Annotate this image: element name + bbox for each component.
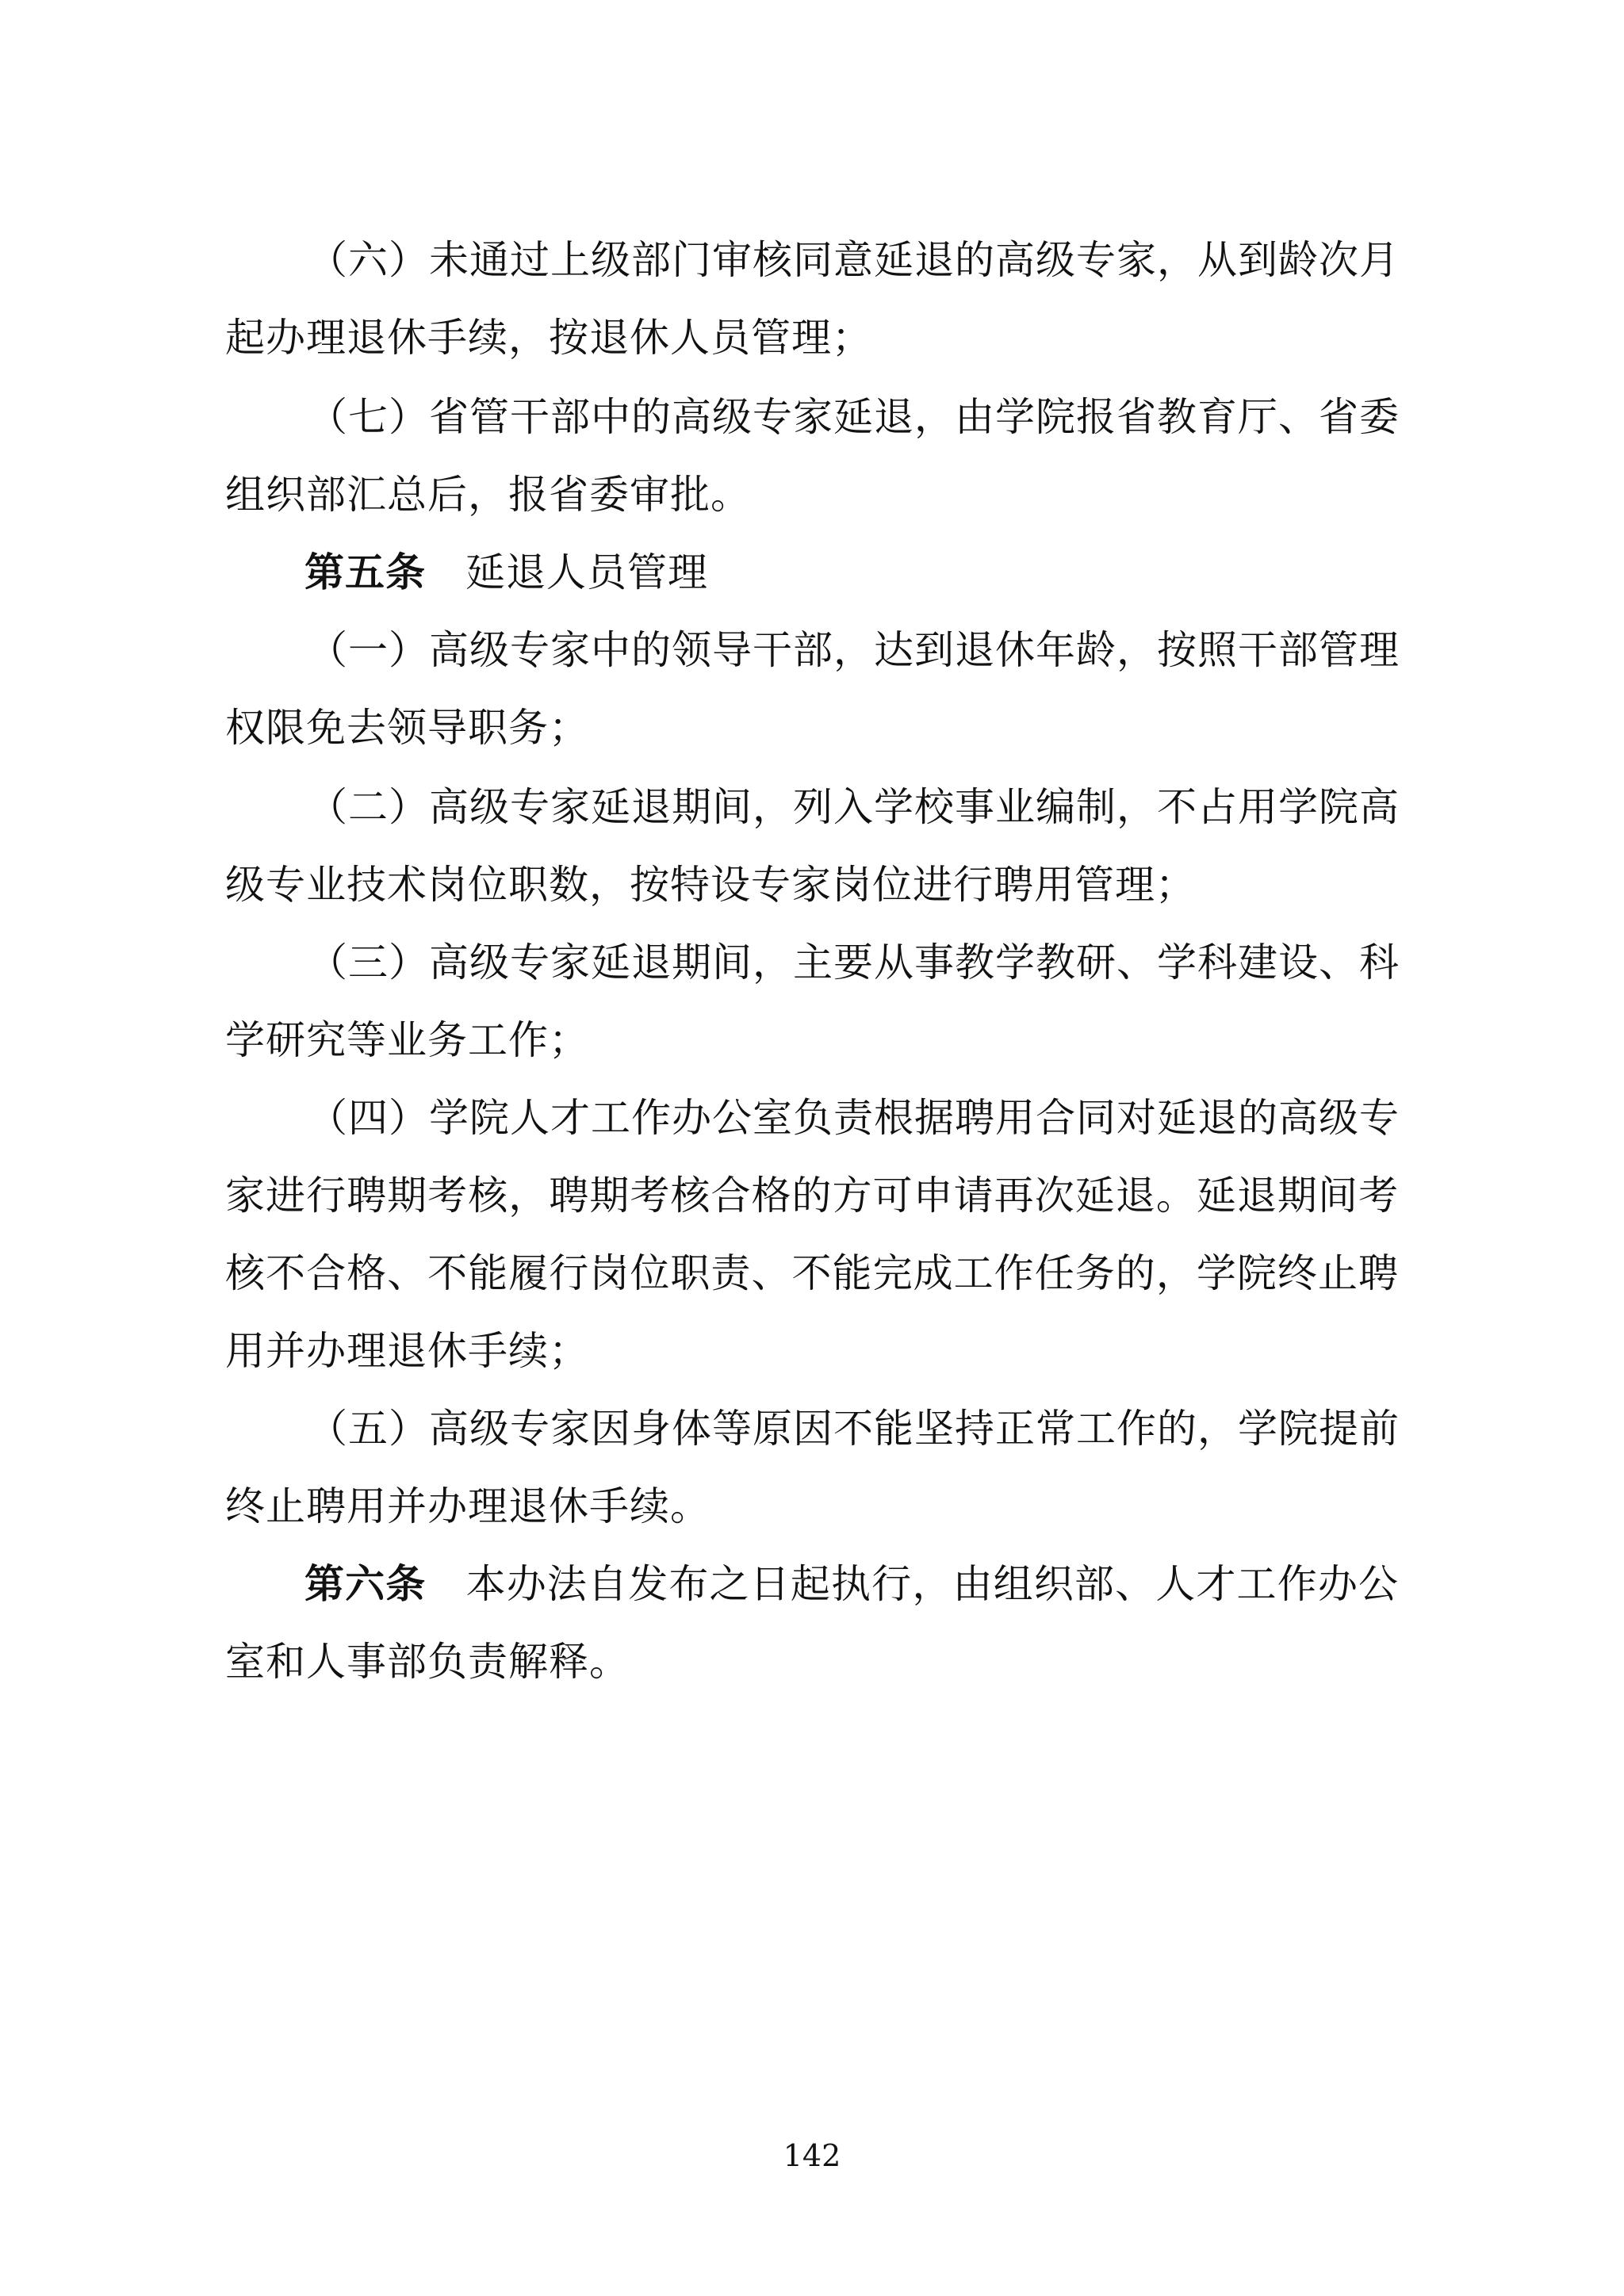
article-6-line-2: 室和人事部负责解释。 (225, 1638, 1399, 1686)
article-5-item-4-line-3: 核不合格、不能履行岗位职责、不能完成工作任务的，学院终止聘 (225, 1249, 1399, 1297)
article-5-title: 延退人员管理 (465, 549, 708, 595)
item-6-line-2: 起办理退休手续，按退休人员管理； (225, 314, 1399, 362)
article-5-item-5-line-2: 终止聘用并办理退休手续。 (225, 1483, 1399, 1530)
article-6-label: 第六条 (304, 1561, 426, 1607)
article-5-item-4-line-2: 家进行聘期考核，聘期考核合格的方可申请再次延退。延退期间考 (225, 1172, 1399, 1219)
page-number: 142 (0, 2137, 1624, 2174)
article-5-item-3-line-2: 学研究等业务工作； (225, 1016, 1399, 1064)
article-5-item-1-line-2: 权限免去领导职务； (225, 704, 1399, 752)
document-page: （六）未通过上级部门审核同意延退的高级专家，从到龄次月 起办理退休手续，按退休人… (0, 0, 1624, 2296)
article-6-line-1: 第六条本办法自发布之日起执行，由组织部、人才工作办公 (304, 1560, 1399, 1608)
article-5-item-4-line-4: 用并办理退休手续； (225, 1327, 1399, 1375)
article-5-item-4-line-1: （四）学院人才工作办公室负责根据聘用合同对延退的高级专 (308, 1094, 1399, 1142)
article-5-item-2-line-2: 级专业技术岗位职数，按特设专家岗位进行聘用管理； (225, 861, 1399, 909)
article-5-label: 第五条 (304, 549, 426, 595)
item-6-line-1: （六）未通过上级部门审核同意延退的高级专家，从到龄次月 (308, 236, 1399, 284)
item-7-line-1: （七）省管干部中的高级专家延退，由学院报省教育厅、省委 (308, 393, 1399, 441)
article-5-heading: 第五条延退人员管理 (304, 549, 1478, 596)
article-5-item-3-line-1: （三）高级专家延退期间，主要从事教学教研、学科建设、科 (308, 939, 1399, 986)
article-5-item-5-line-1: （五）高级专家因身体等原因不能坚持正常工作的，学院提前 (308, 1405, 1399, 1452)
article-5-item-1-line-1: （一）高级专家中的领导干部，达到退休年龄，按照干部管理 (308, 626, 1399, 674)
item-7-line-2: 组织部汇总后，报省委审批。 (225, 471, 1399, 519)
article-6-text: 本办法自发布之日起执行，由组织部、人才工作办公 (465, 1561, 1399, 1607)
article-5-item-2-line-1: （二）高级专家延退期间，列入学校事业编制，不占用学院高 (308, 783, 1399, 831)
